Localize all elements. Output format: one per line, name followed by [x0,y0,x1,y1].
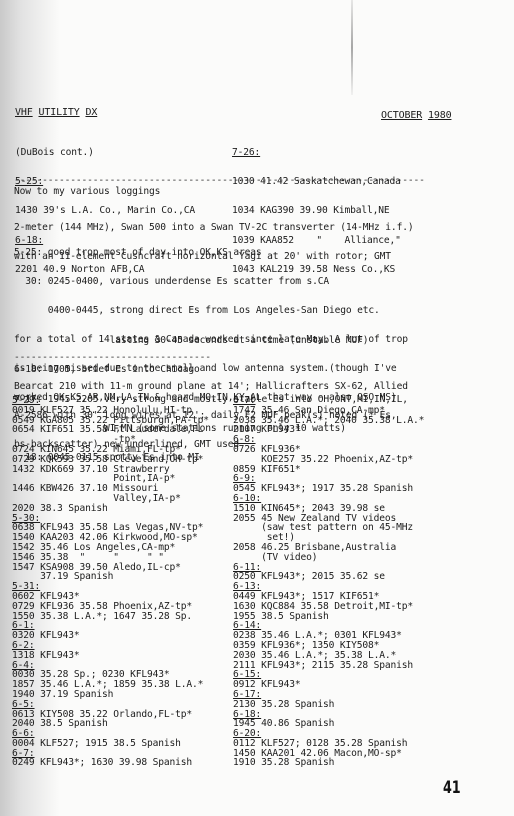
title-word: UTILITY [39,107,80,118]
issue-date: OCTOBER 1980 [381,111,451,121]
issue-month: OCTOBER [381,110,422,121]
log-entry: (TV video) [233,553,424,563]
issue-year: 1980 [428,110,451,121]
log-entry: 1945 40.86 Spanish [233,719,424,729]
title-word: VHF [15,107,33,118]
title-word: DX [85,107,97,118]
log-entry: 5-25: good trop most of day into OK,KS a… [14,248,408,258]
log-entry: 0249 KFL943*; 1630 39.98 Spanish [12,758,209,768]
log-entry: 1910 35.28 Spanish [233,758,424,768]
log-entry: 2020 38.3 Spanish [12,504,209,514]
attribution: (DuBois cont.) [15,148,195,158]
loggings-heading: Now to my various loggings [14,187,160,197]
divider: ----------------------------------------… [14,176,425,186]
equipment-line: Bearcat 210 with 11-m ground plane at 14… [14,382,408,392]
log-entry: 0250 KFL943*; 2015 35.62 se [233,572,424,582]
summary-line: for a total of 14 states & Canada worked… [14,335,408,345]
log-entry: 30: 0245-0400, various underdense Es sca… [14,277,408,287]
log-entry: 0859 KIF651* [233,465,424,475]
log-entry: 2111 KFL943*; 2115 35.28 Spanish [233,661,424,671]
log-entry: 2130 35.28 Spanish [233,700,424,710]
log-entry: 0912 KFL943* [233,680,424,690]
newsletter-page: VHF UTILITY DX OCTOBER 1980 (DuBois cont… [0,0,514,816]
section-title: VHF UTILITY DX [15,108,97,118]
log-entry: 0320 KFL943* [12,631,209,641]
page-number: 41 [443,784,461,794]
log-column-left: 5-29:0019 KLF527 35.22 Honolulu,HI-tp054… [12,396,209,768]
log-entry: 1550 35.38 L.A.*; 1647 35.28 Sp. [12,612,209,622]
log-column-right: 6-7:1747 35.46 San Diego,CA-mp*2038 35.4… [233,396,424,768]
log-entry: 1955 38.5 Spanish [233,612,424,622]
log-entry: 1318 KFL943* [12,651,209,661]
log-entry: 1940 37.19 Spanish [12,690,209,700]
date-label: 7-26: [232,147,260,158]
log-entry: 2040 38.5 Spanish [12,719,209,729]
log-entry: 0004 KLF527; 1915 38.5 Spanish [12,739,209,749]
log-entry: 37.19 Spanish [12,572,209,582]
log-entry: 2107 KFL943* [233,425,424,435]
log-entry: 0545 KFL943*; 1917 35.28 Spanish [233,484,424,494]
